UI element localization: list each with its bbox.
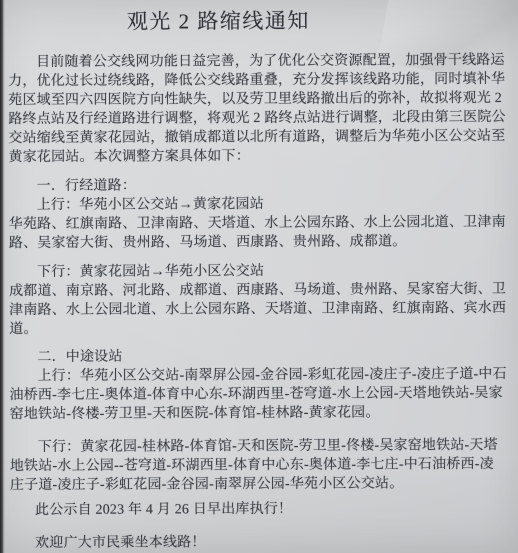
stops-down-line: 地铁站-水上公园--苍穹道-环湖西里-体育中心东-奥体道-李七庄-中石油桥西-凌 <box>10 455 507 476</box>
roads-down-line: 津南路、水上公园北道、水上公园东路、天塔道、卫津南路、红旗南路、宾水西 <box>9 299 506 320</box>
intro-line: 苑区域至四六四医院方向性缺失，以及劳卫里线路撤出后的弥补，故拟将观光 2 <box>8 89 505 110</box>
stops-up-line: 窑地铁站-佟楼-劳卫里-天和医院-体育馆-桂林路-黄家花园。 <box>10 403 507 424</box>
section-roads-heading: 一．行经道路： <box>37 175 506 196</box>
stops-down-line: 庄子道-凌庄子-彩虹花园-金谷园-南翠屏公园-华苑小区公交站。 <box>10 474 507 495</box>
roads-down-line: 成都道、南京路、河北路、成都道、西康路、马场道、贵州路、吴家窑大街、卫 <box>9 280 506 301</box>
effective-date-line: 此公示自 2023 年 4 月 26 日早出库执行！ <box>35 499 507 520</box>
intro-paragraph: 目前随着公交线网功能日益完善，为了优化公交资源配置，加强骨干线路运 力，优化过长… <box>8 51 505 167</box>
notice-photo: 观光 2 路缩线通知 目前随着公交线网功能日益完善，为了优化公交资源配置，加强骨… <box>0 0 518 553</box>
stops-up-line: 油桥西-李七庄-奥体道-体育中心东-环湖西里-苍穹道-水上公园-天塔地铁站-吴家 <box>9 384 506 405</box>
intro-line: 路终点站及行经道路进行调整，将观光 2 路终点站进行调整，北段由第三医院公 <box>8 108 505 129</box>
notice-title: 观光 2 路缩线通知 <box>127 7 505 35</box>
roads-down-header: 下行：黄家花园站→华苑小区公交站 <box>37 261 506 282</box>
roads-up-header: 上行：华苑小区公交站→黄家花园站 <box>37 194 506 215</box>
section-stops-heading: 二．中途设站 <box>37 346 506 367</box>
stops-up-line: 上行：华苑小区公交站-南翠屏公园-金谷园-彩虹花园-凌庄子-凌庄子道-中石 <box>37 365 506 386</box>
welcome-line: 欢迎广大市民乘坐本线路！ <box>35 532 507 553</box>
notice-content: 观光 2 路缩线通知 目前随着公交线网功能日益完善，为了优化公交资源配置，加强骨… <box>0 0 518 553</box>
intro-line: 交站缩线至黄家花园站，撤销成都道以北所有道路，调整后为华苑小区公交站至 <box>8 127 505 148</box>
roads-down-line: 道。 <box>9 318 506 339</box>
intro-line: 力，优化过长过绕线路，降低公交线路重叠，充分发挥该线路功能，同时填补华 <box>8 70 505 91</box>
intro-line: 目前随着公交线网功能日益完善，为了优化公交资源配置，加强骨干线路运 <box>8 51 505 72</box>
roads-up-line: 华苑路、红旗南路、卫津南路、天塔道、水上公园东路、水上公园北道、卫津南 <box>9 213 506 234</box>
roads-up-line: 路、吴家窑大街、贵州路、马场道、西康路、贵州路、成都道。 <box>9 232 506 253</box>
intro-line: 黄家花园站。本次调整方案具体如下： <box>8 146 505 167</box>
stops-down-line: 下行：黄家花园-桂林路-体育馆-天和医院-劳卫里-佟楼-吴家窑地铁站-天塔 <box>38 436 507 457</box>
